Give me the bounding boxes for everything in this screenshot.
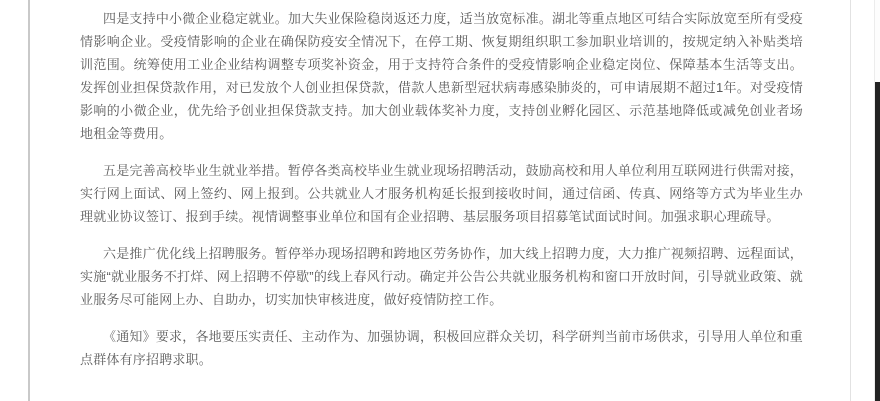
- right-page-rule: [850, 0, 851, 401]
- scrollbar-track[interactable]: [874, 0, 880, 401]
- paragraph-measure-4: 四是支持中小微企业稳定就业。加大失业保险稳岗返还力度，适当放宽标准。湖北等重点地…: [80, 7, 803, 145]
- left-page-rule: [28, 0, 30, 401]
- paragraph-measure-6: 六是推广优化线上招聘服务。暂停举办现场招聘和跨地区劳务协作，加大线上招聘力度，大…: [80, 242, 803, 311]
- article-page: 四是支持中小微企业稳定就业。加大失业保险稳岗返还力度，适当放宽标准。湖北等重点地…: [0, 0, 880, 401]
- scrollbar-thumb[interactable]: [875, 82, 880, 401]
- article-body: 四是支持中小微企业稳定就业。加大失业保险稳岗返还力度，适当放宽标准。湖北等重点地…: [80, 7, 803, 385]
- paragraph-notice-requirements: 《通知》要求，各地要压实责任、主动作为、加强协调，积极回应群众关切，科学研判当前…: [80, 325, 803, 371]
- paragraph-measure-5: 五是完善高校毕业生就业举措。暂停各类高校毕业生就业现场招聘活动，鼓励高校和用人单…: [80, 159, 803, 228]
